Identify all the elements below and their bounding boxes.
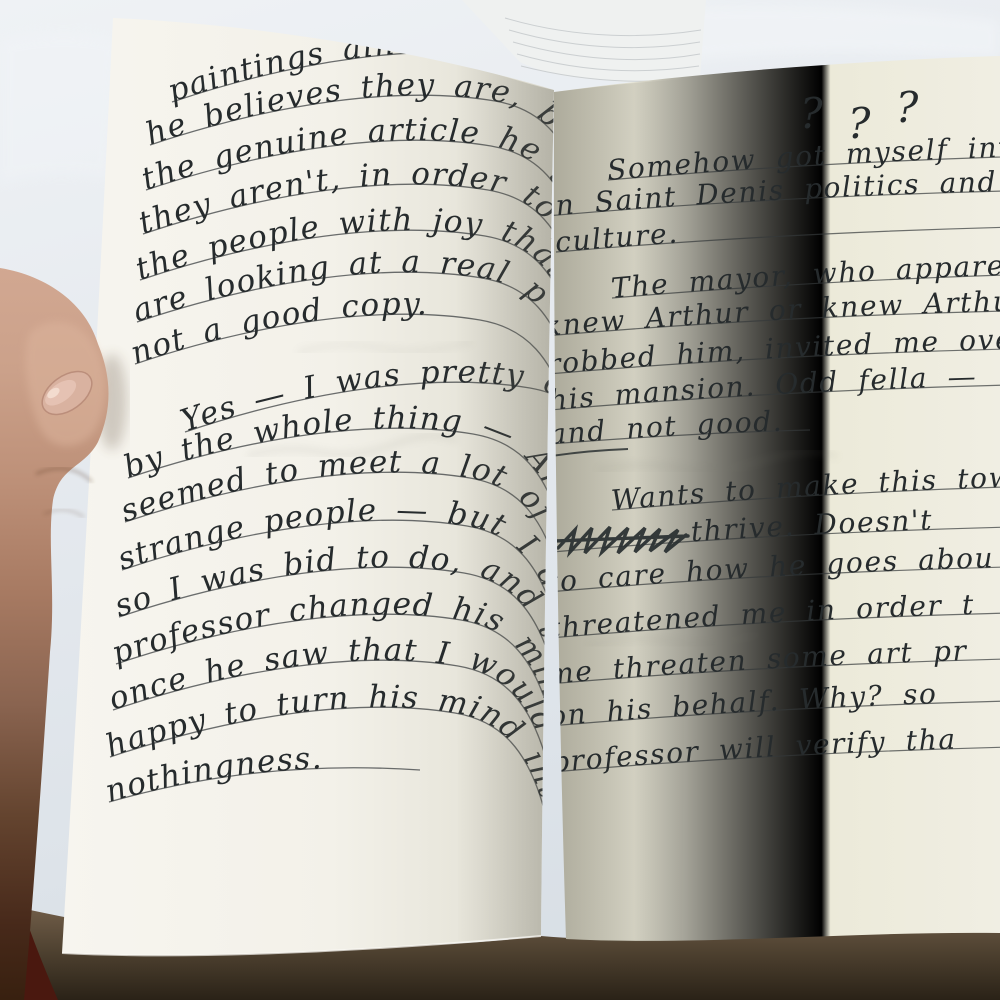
page-fold-shadow xyxy=(455,60,554,944)
journal-photo: ? ? ? Somehow got myself involv in Sa xyxy=(0,0,1000,1000)
journal-photo-scene: ? ? ? Somehow got myself involv in Sa xyxy=(0,0,1000,1000)
right-page: ? ? ? Somehow got myself involv in Sa xyxy=(543,56,1000,942)
